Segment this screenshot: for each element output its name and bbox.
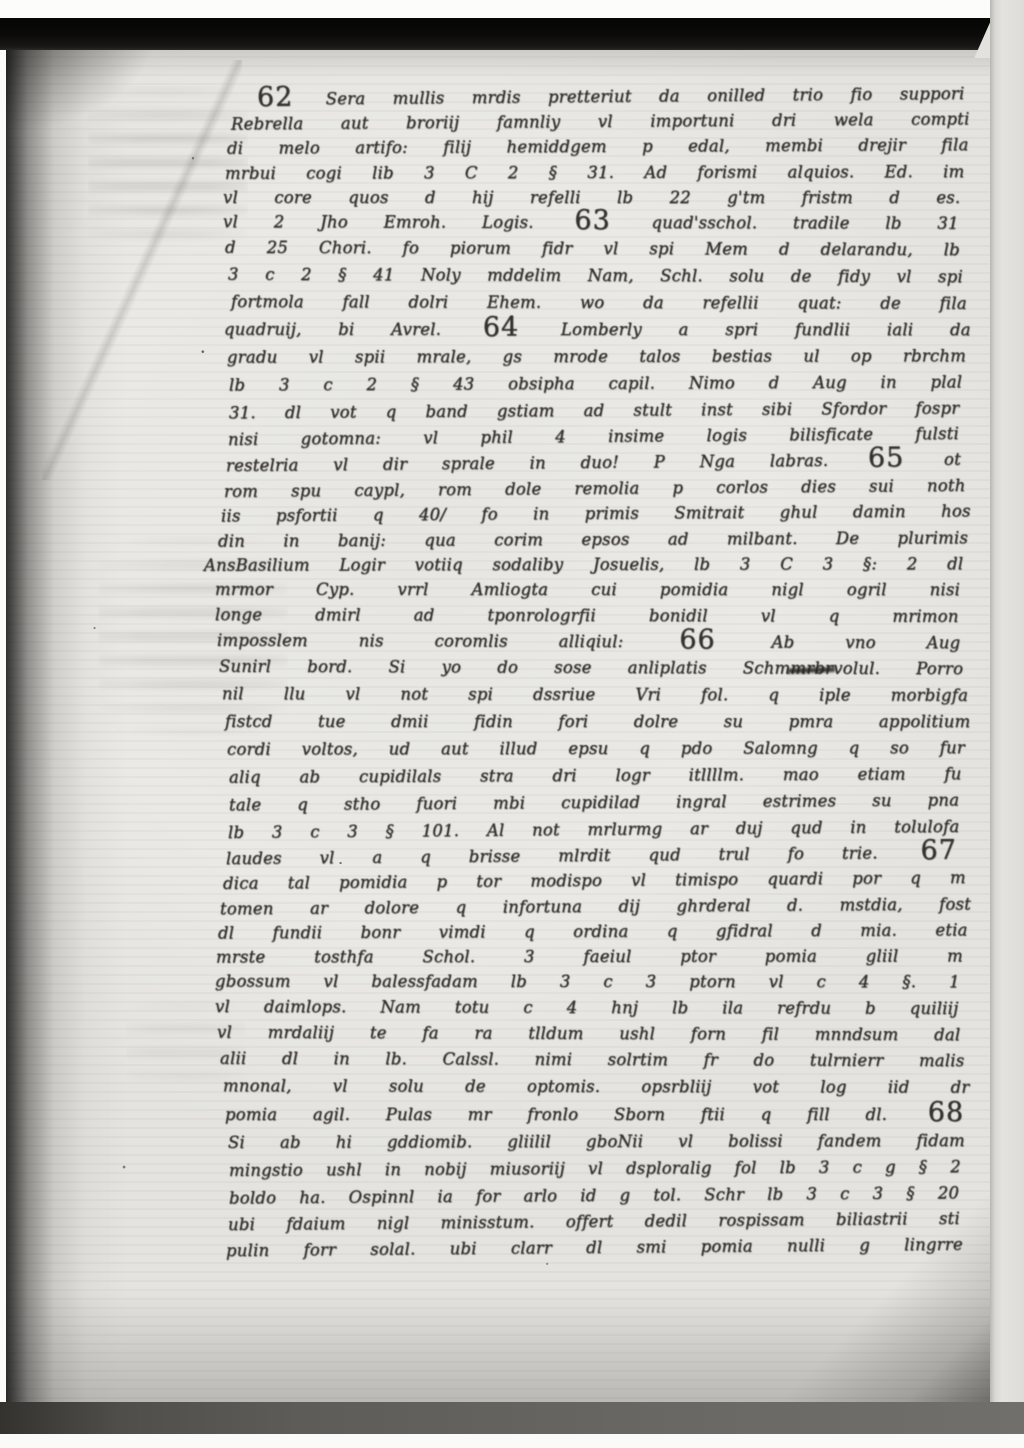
manuscript-photograph: 62 Sera mullis mrdis pretteriut da onill… [0,0,1024,1448]
manuscript-line: fistcd tue dmii fidin fori dolre su pmra… [225,709,970,735]
manuscript-line: lb 3 c 2 § 43 obsipha capil. Nimo d Aug … [228,369,961,398]
manuscript-line: din in banij: qua corim epsos ad milbant… [218,525,968,554]
manuscript-line: cordi voltos, ud aut illud epsu q pdo Sa… [227,736,965,764]
struck-word: mrbr [791,659,834,678]
manuscript-line: quadruij, bi Avrel. 64 Lomberly a spri f… [224,316,971,342]
section-number: 63 [570,205,616,236]
section-number: 68 [923,1097,969,1128]
manuscript-line: Si ab hi gddiomib. gliilil gboNii vl bol… [228,1128,965,1156]
manuscript-line: mrmor Cyp. vrrl Amliogta cui pomidia nig… [215,577,960,603]
manuscript-line: mingstio ushl in nobij miusoriij vl dspl… [229,1154,961,1184]
manuscript-line: vl mrdaliij te fa ra tlldum ushl forn fi… [217,1020,961,1049]
manuscript-page: 62 Sera mullis mrdis pretteriut da onill… [6,20,990,1402]
manuscript-line: fortmola fall dolri Ehem. wo da refellii… [231,289,967,317]
manuscript-line: mnonal, vl solu de optomis. opsrbliij vo… [222,1074,969,1101]
section-number: 65 [863,443,910,474]
section-number: 64 [478,312,524,343]
manuscript-line: mrste tosthfa Schol. 3 faeiul ptor pomia… [216,943,963,970]
section-number: 67 [915,834,962,865]
manuscript-line: longe dmirl ad tponrologrfii bonidil vl … [215,602,959,630]
manuscript-line: vl 2 Jho Emroh. Logis. 63 quad'sschol. t… [223,210,959,238]
photo-border-top [0,0,1024,20]
section-number: 66 [674,624,720,655]
manuscript-line: pulin forr solal. ubi clarr dl smi pomia… [225,1232,962,1264]
manuscript-line: mrbui cogi lib 3 C 2 § 31. Ad forismi al… [225,159,965,187]
page-fore-edge [990,0,1024,1448]
manuscript-line: 3 c 2 § 41 Noly mddelim Nam, Schl. solu … [228,262,963,291]
manuscript-line: aliq ab cupidilals stra dri logr itllllm… [229,762,962,791]
manuscript-line: imposslem nis coromlis alliqiul: 66 Ab v… [217,627,960,656]
photo-frame-band [0,18,1004,50]
photo-border-bottom [0,1434,1024,1448]
manuscript-line: d 25 Chori. fo piorum fidr vl spi Mem d … [225,235,960,263]
manuscript-line: AnsBasilium Logir votiiq sodaliby Josuel… [204,551,963,578]
manuscript-line: vl daimlops. Nam totu c 4 hnj lb ila ref… [215,994,959,1022]
manuscript-line: nil llu vl not spi dssriue Vri fol. q ip… [222,681,968,709]
manuscript-line: Sunirl bord. Si yo do sose anliplatis Sc… [219,654,963,682]
manuscript-line: gradu vl spii mrale, gs mrode talos best… [227,343,966,370]
text-block: 62 Sera mullis mrdis pretteriut da onill… [210,82,982,1302]
photo-frame-bottom [0,1402,1024,1434]
manuscript-line: alii dl in lb. Calssl. nimi solrtim fr d… [220,1046,965,1074]
manuscript-line: di melo artifo: filij hemiddgem p edal, … [227,133,969,163]
section-number: 62 [252,82,299,113]
manuscript-line: dl fundii bonr vimdi q ordina q gfidral … [218,917,968,946]
manuscript-line: pomia agil. Pulas mr fronlo Sborn ftii q… [225,1102,969,1128]
manuscript-line: gbossum vl balessfadam lb 3 c 3 ptorn vl… [215,969,960,996]
